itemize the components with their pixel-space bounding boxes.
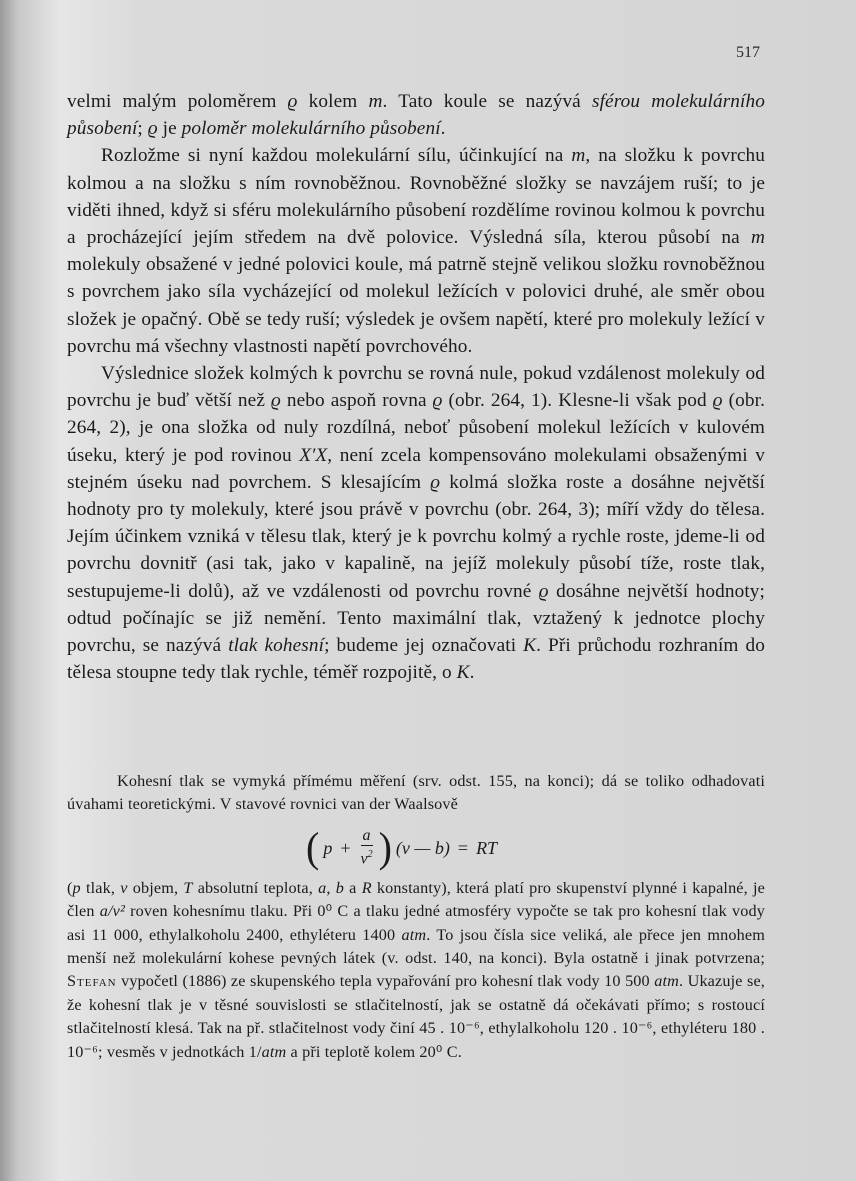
text: a při teplotě kolem 20⁰ C.: [286, 1043, 462, 1061]
eq-plus: +: [340, 838, 350, 859]
unit-atm: atm: [654, 972, 679, 990]
eq-den-base: v: [360, 851, 367, 868]
rho-symbol: ϱ: [539, 581, 549, 602]
eq-middle: (v — b): [396, 838, 450, 859]
text: velmi malým poloměrem: [67, 91, 288, 112]
unit-atm: atm: [262, 1043, 287, 1061]
text: nebo aspoň rovna: [281, 390, 433, 411]
text: objem,: [128, 879, 184, 897]
rho-symbol: ϱ: [271, 390, 281, 411]
van-der-waals-equation: ( p + a v2 ) (v — b) = RT: [306, 822, 501, 874]
variable-t: T: [183, 879, 192, 897]
text: a: [344, 879, 362, 897]
rho-symbol: ϱ: [713, 390, 723, 411]
rho-symbol: ϱ: [430, 472, 440, 493]
note-paragraph-2: (p tlak, v objem, T absolutní teplota, a…: [67, 877, 765, 1064]
eq-p: p: [323, 838, 332, 859]
page-number: 517: [736, 44, 760, 62]
rho-symbol: ϱ: [288, 91, 298, 112]
author-name: Stefan: [67, 972, 117, 990]
note-text: Kohesní tlak se vymyká přímému měření (s…: [67, 770, 765, 1064]
variable-m: m: [571, 145, 585, 166]
eq-denominator: v2: [360, 846, 372, 868]
variable-m: m: [368, 91, 382, 112]
text: tlak,: [81, 879, 120, 897]
text: Rozložme si nyní každou molekulární sílu…: [101, 145, 571, 166]
text: . Tato koule se nazývá: [383, 91, 592, 112]
variable-r: R: [362, 879, 372, 897]
text: kolem: [298, 91, 369, 112]
text: absolutní teplota,: [193, 879, 319, 897]
right-paren: ): [379, 827, 392, 869]
eq-fraction: a v2: [360, 827, 372, 868]
text: (obr. 264, 1). Klesne-li však pod: [443, 390, 713, 411]
text: je: [158, 118, 182, 139]
variable-k: K: [457, 662, 470, 683]
variable-b: b: [336, 879, 344, 897]
text: .: [470, 662, 475, 683]
paragraph-2: Rozložme si nyní každou molekulární sílu…: [67, 142, 765, 360]
rho-symbol: ϱ: [433, 390, 443, 411]
text: .: [441, 118, 446, 139]
eq-rhs: RT: [476, 838, 497, 859]
term-radius: poloměr molekulárního působení: [182, 118, 441, 139]
term-a-over-v2: a/v²: [100, 902, 125, 920]
eq-equals: =: [458, 838, 468, 859]
paragraph-1: velmi malým poloměrem ϱ kolem m. Tato ko…: [67, 88, 765, 142]
plane-xx: X′X: [299, 445, 327, 466]
eq-den-exp: 2: [368, 849, 373, 860]
unit-atm: atm: [401, 926, 426, 944]
book-page: 517 velmi malým poloměrem ϱ kolem m. Tat…: [0, 0, 856, 1181]
term-cohesion-pressure: tlak kohesní: [228, 635, 324, 656]
text: vypočetl (1886) ze skupenského tepla vyp…: [117, 972, 655, 990]
rho-symbol: ϱ: [148, 118, 158, 139]
text: ; budeme jej označovati: [324, 635, 523, 656]
note-paragraph-1: Kohesní tlak se vymyká přímému měření (s…: [67, 770, 765, 817]
variable-v: v: [120, 879, 127, 897]
paragraph-3: Výslednice složek kolmých k povrchu se r…: [67, 360, 765, 686]
text: ;: [137, 118, 147, 139]
variable-m: m: [751, 227, 765, 248]
variable-p: p: [73, 879, 81, 897]
text: ,: [326, 879, 335, 897]
text: molekuly obsažené v jedné polovici koule…: [67, 254, 765, 357]
variable-k: K: [523, 635, 536, 656]
main-text: velmi malým poloměrem ϱ kolem m. Tato ko…: [67, 88, 765, 686]
left-paren: (: [306, 827, 319, 869]
eq-numerator: a: [361, 827, 373, 846]
